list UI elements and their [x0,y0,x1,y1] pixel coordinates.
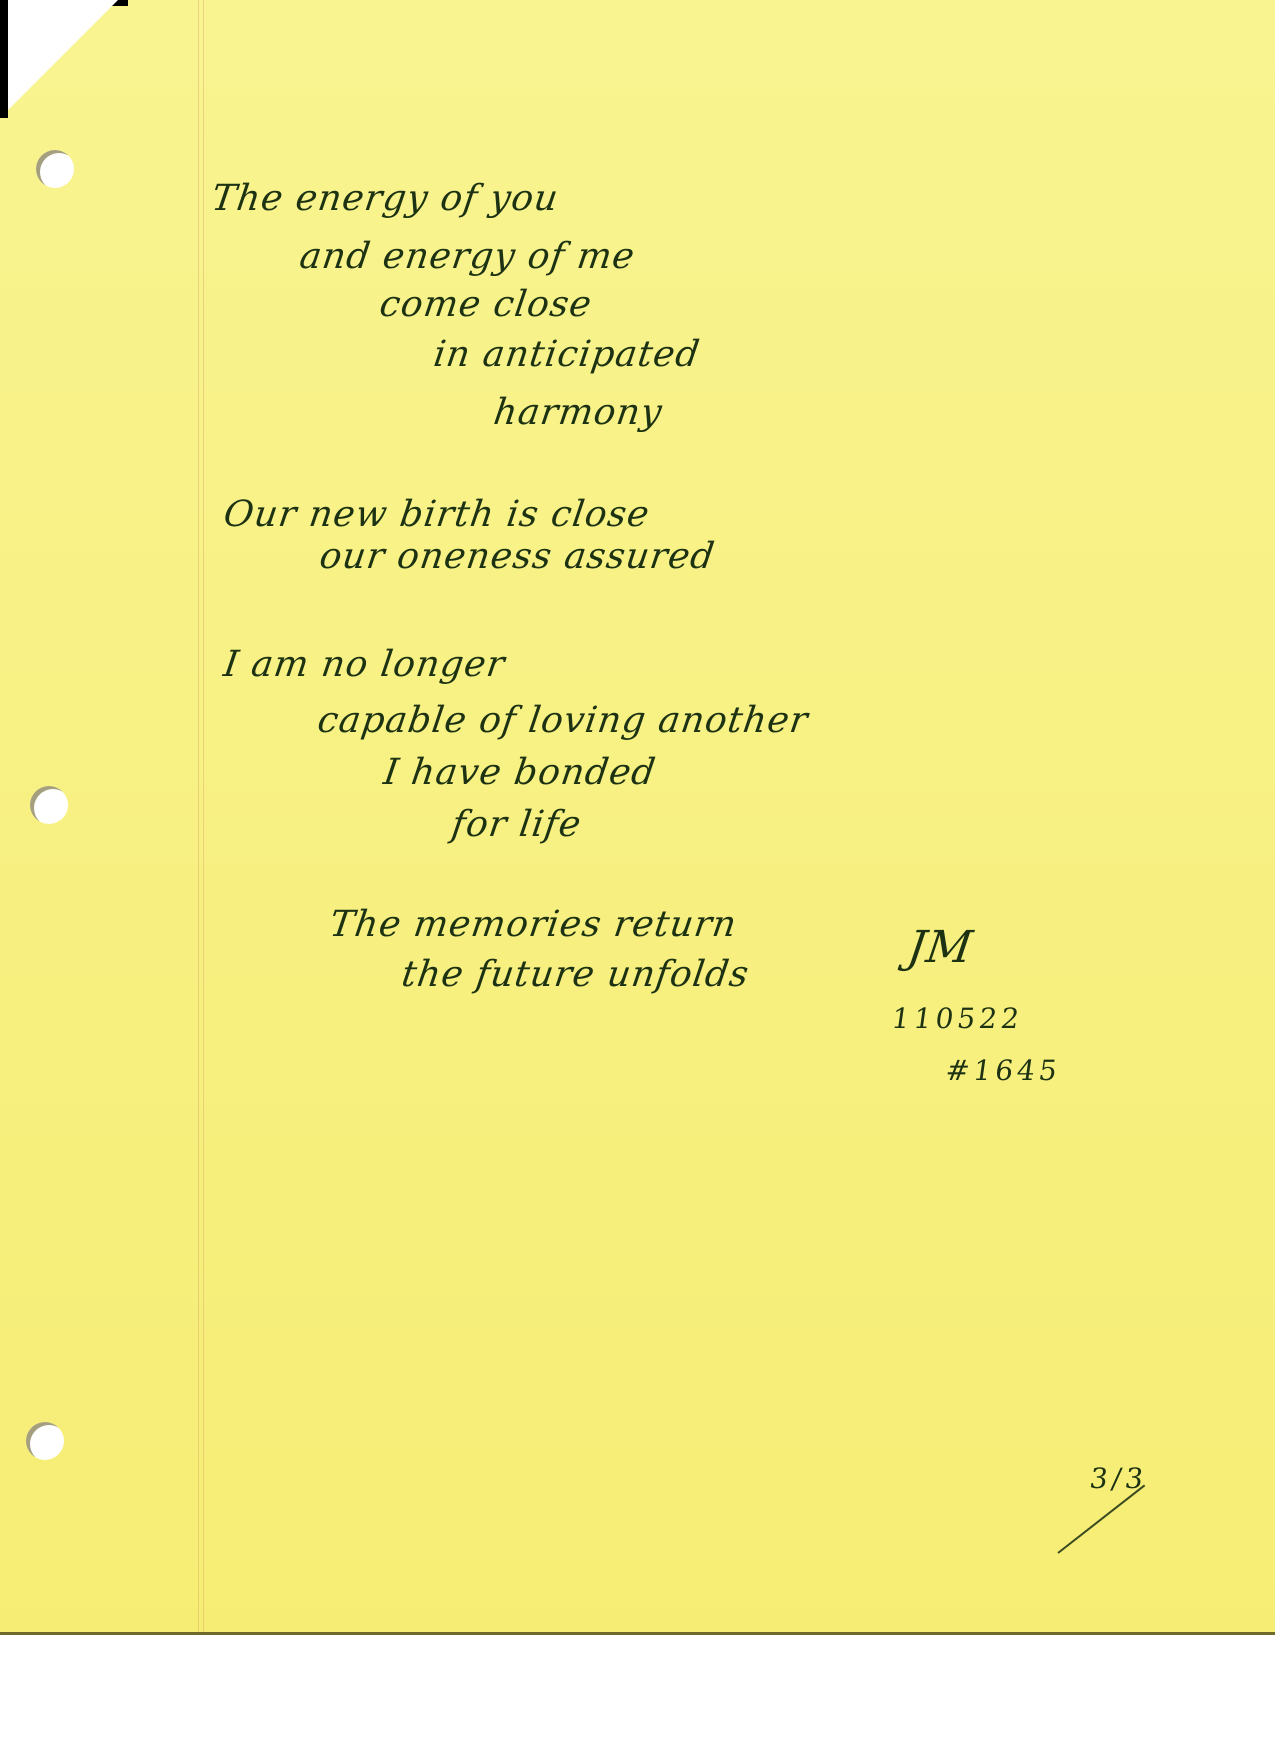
torn-corner [0,0,118,118]
date-code: 110522 [890,1002,1026,1035]
punch-hole [36,150,74,188]
poem-line: for life [449,804,584,845]
margin-line [203,0,204,1632]
poem-line: The memories return [327,904,739,945]
poem-line: our oneness assured [317,536,717,577]
poem-line: the future unfolds [399,954,752,995]
signature-initials: JM [904,922,976,973]
poem-line: harmony [491,392,665,433]
poem-line: come close [377,284,595,325]
poem-line: I am no longer [221,644,508,685]
poem-line: The energy of you [209,178,561,219]
poem-line: and energy of me [297,236,638,277]
poem-line: in anticipated [431,334,703,375]
poem-line: capable of loving another [315,700,811,741]
punch-hole [30,786,68,824]
poem-number: #1645 [944,1054,1063,1087]
poem-line: Our new birth is close [221,494,652,535]
margin-line [198,0,199,1632]
punch-hole [26,1422,64,1460]
legal-pad-page: The energy of you and energy of me come … [0,0,1275,1635]
poem-line: I have bonded [381,752,658,793]
scan-edge [0,0,8,118]
